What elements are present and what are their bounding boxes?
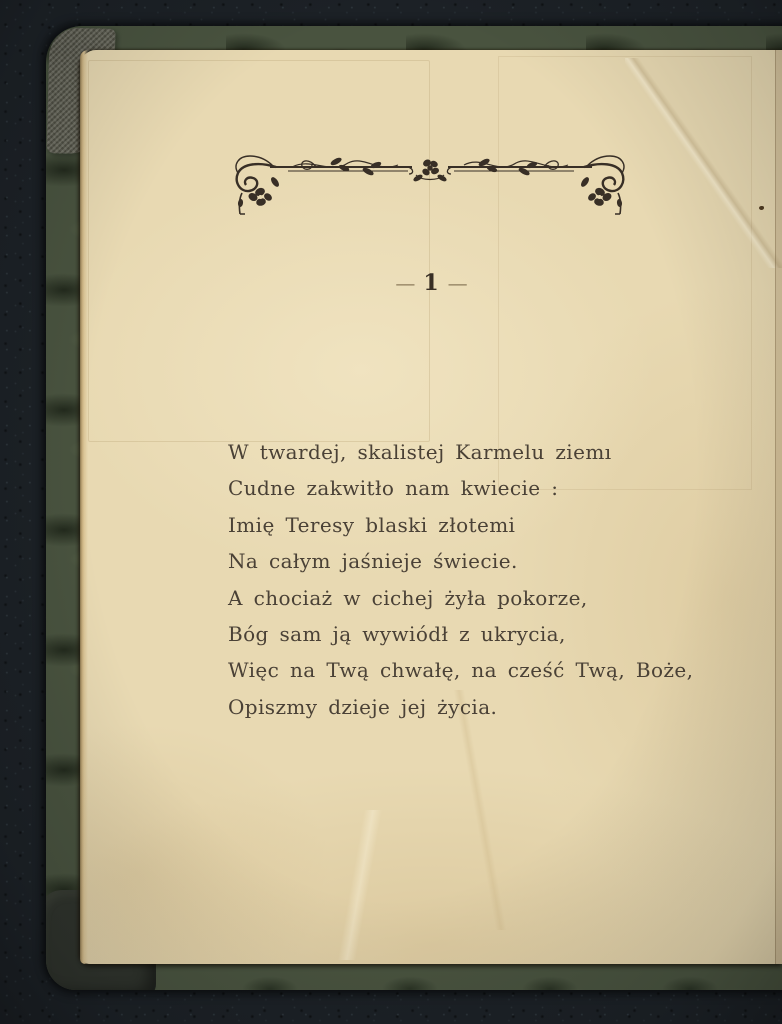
ink-speck [759, 206, 764, 210]
page-number-value: 1 [423, 270, 438, 296]
show-through-ghost [88, 60, 430, 442]
floral-rule-ornament-icon [230, 153, 630, 223]
page-number: —1— [80, 270, 782, 296]
page-number-dash: — [395, 271, 414, 295]
poem-line: Na całym jaśnieje świecie. [228, 543, 693, 579]
page-number-dash: — [448, 271, 467, 295]
paper-crease [320, 690, 640, 930]
paper-crease [625, 58, 782, 268]
scanned-page: —1— W twardej, skalistej Karmelu ziemı C… [80, 50, 782, 964]
poem-line: W twardej, skalistej Karmelu ziemı [228, 434, 693, 470]
poem-line: Więc na Twą chwałę, na cześć Twą, Boże, [228, 652, 693, 688]
page-left-edge [80, 50, 88, 964]
poem-line: A chociaż w cichej żyła pokorze, [228, 580, 693, 616]
book-page-photo: —1— W twardej, skalistej Karmelu ziemı C… [0, 0, 782, 1024]
poem-line: Bóg sam ją wywiódł z ukrycia, [228, 616, 693, 652]
page-edge-shade [776, 50, 782, 964]
poem-text: W twardej, skalistej Karmelu ziemı Cudne… [228, 434, 693, 725]
poem-line: Imię Teresy blaski złotemi [228, 507, 693, 543]
poem-line: Opiszmy dzieje jej życia. [228, 689, 693, 725]
poem-line: Cudne zakwitło nam kwiecie : [228, 470, 693, 506]
